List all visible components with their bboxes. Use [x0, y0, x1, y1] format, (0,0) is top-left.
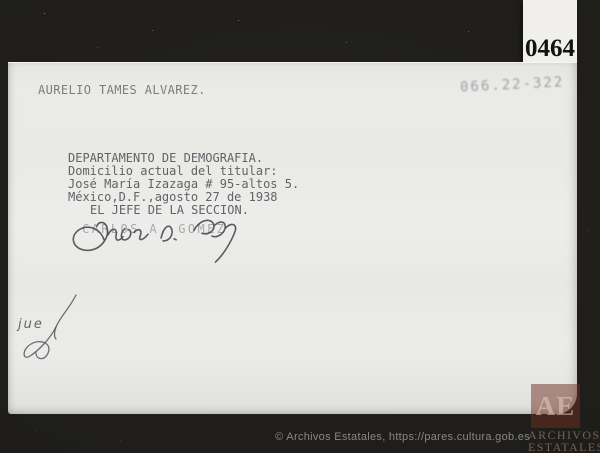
pencil-note-text: jue	[18, 317, 44, 332]
archivos-estatales-logo: AE	[531, 384, 580, 428]
watermark-copyright: © Archivos Estatales, https://pares.cult…	[0, 431, 530, 443]
handwritten-signature	[63, 203, 260, 266]
archival-photo: 0464 AURELIO TAMES ALVAREZ. 066.22-322 D…	[0, 0, 600, 453]
registry-stamp-number: 066.22-322	[460, 74, 565, 95]
film-dust-specks	[0, 0, 1, 1]
frame-number-label: 0464	[523, 0, 577, 64]
wordmark-line-2: ESTATALES	[528, 441, 600, 453]
archivos-estatales-wordmark: ARCHIVOS ESTATALES	[528, 429, 600, 453]
index-card: AURELIO TAMES ALVAREZ. 066.22-322 DEPART…	[8, 62, 577, 414]
pencil-margin-note: jue	[12, 293, 90, 365]
card-holder-name: AURELIO TAMES ALVAREZ.	[38, 83, 206, 97]
frame-number: 0464	[525, 36, 575, 64]
ae-logo-initials: AE	[536, 393, 576, 420]
